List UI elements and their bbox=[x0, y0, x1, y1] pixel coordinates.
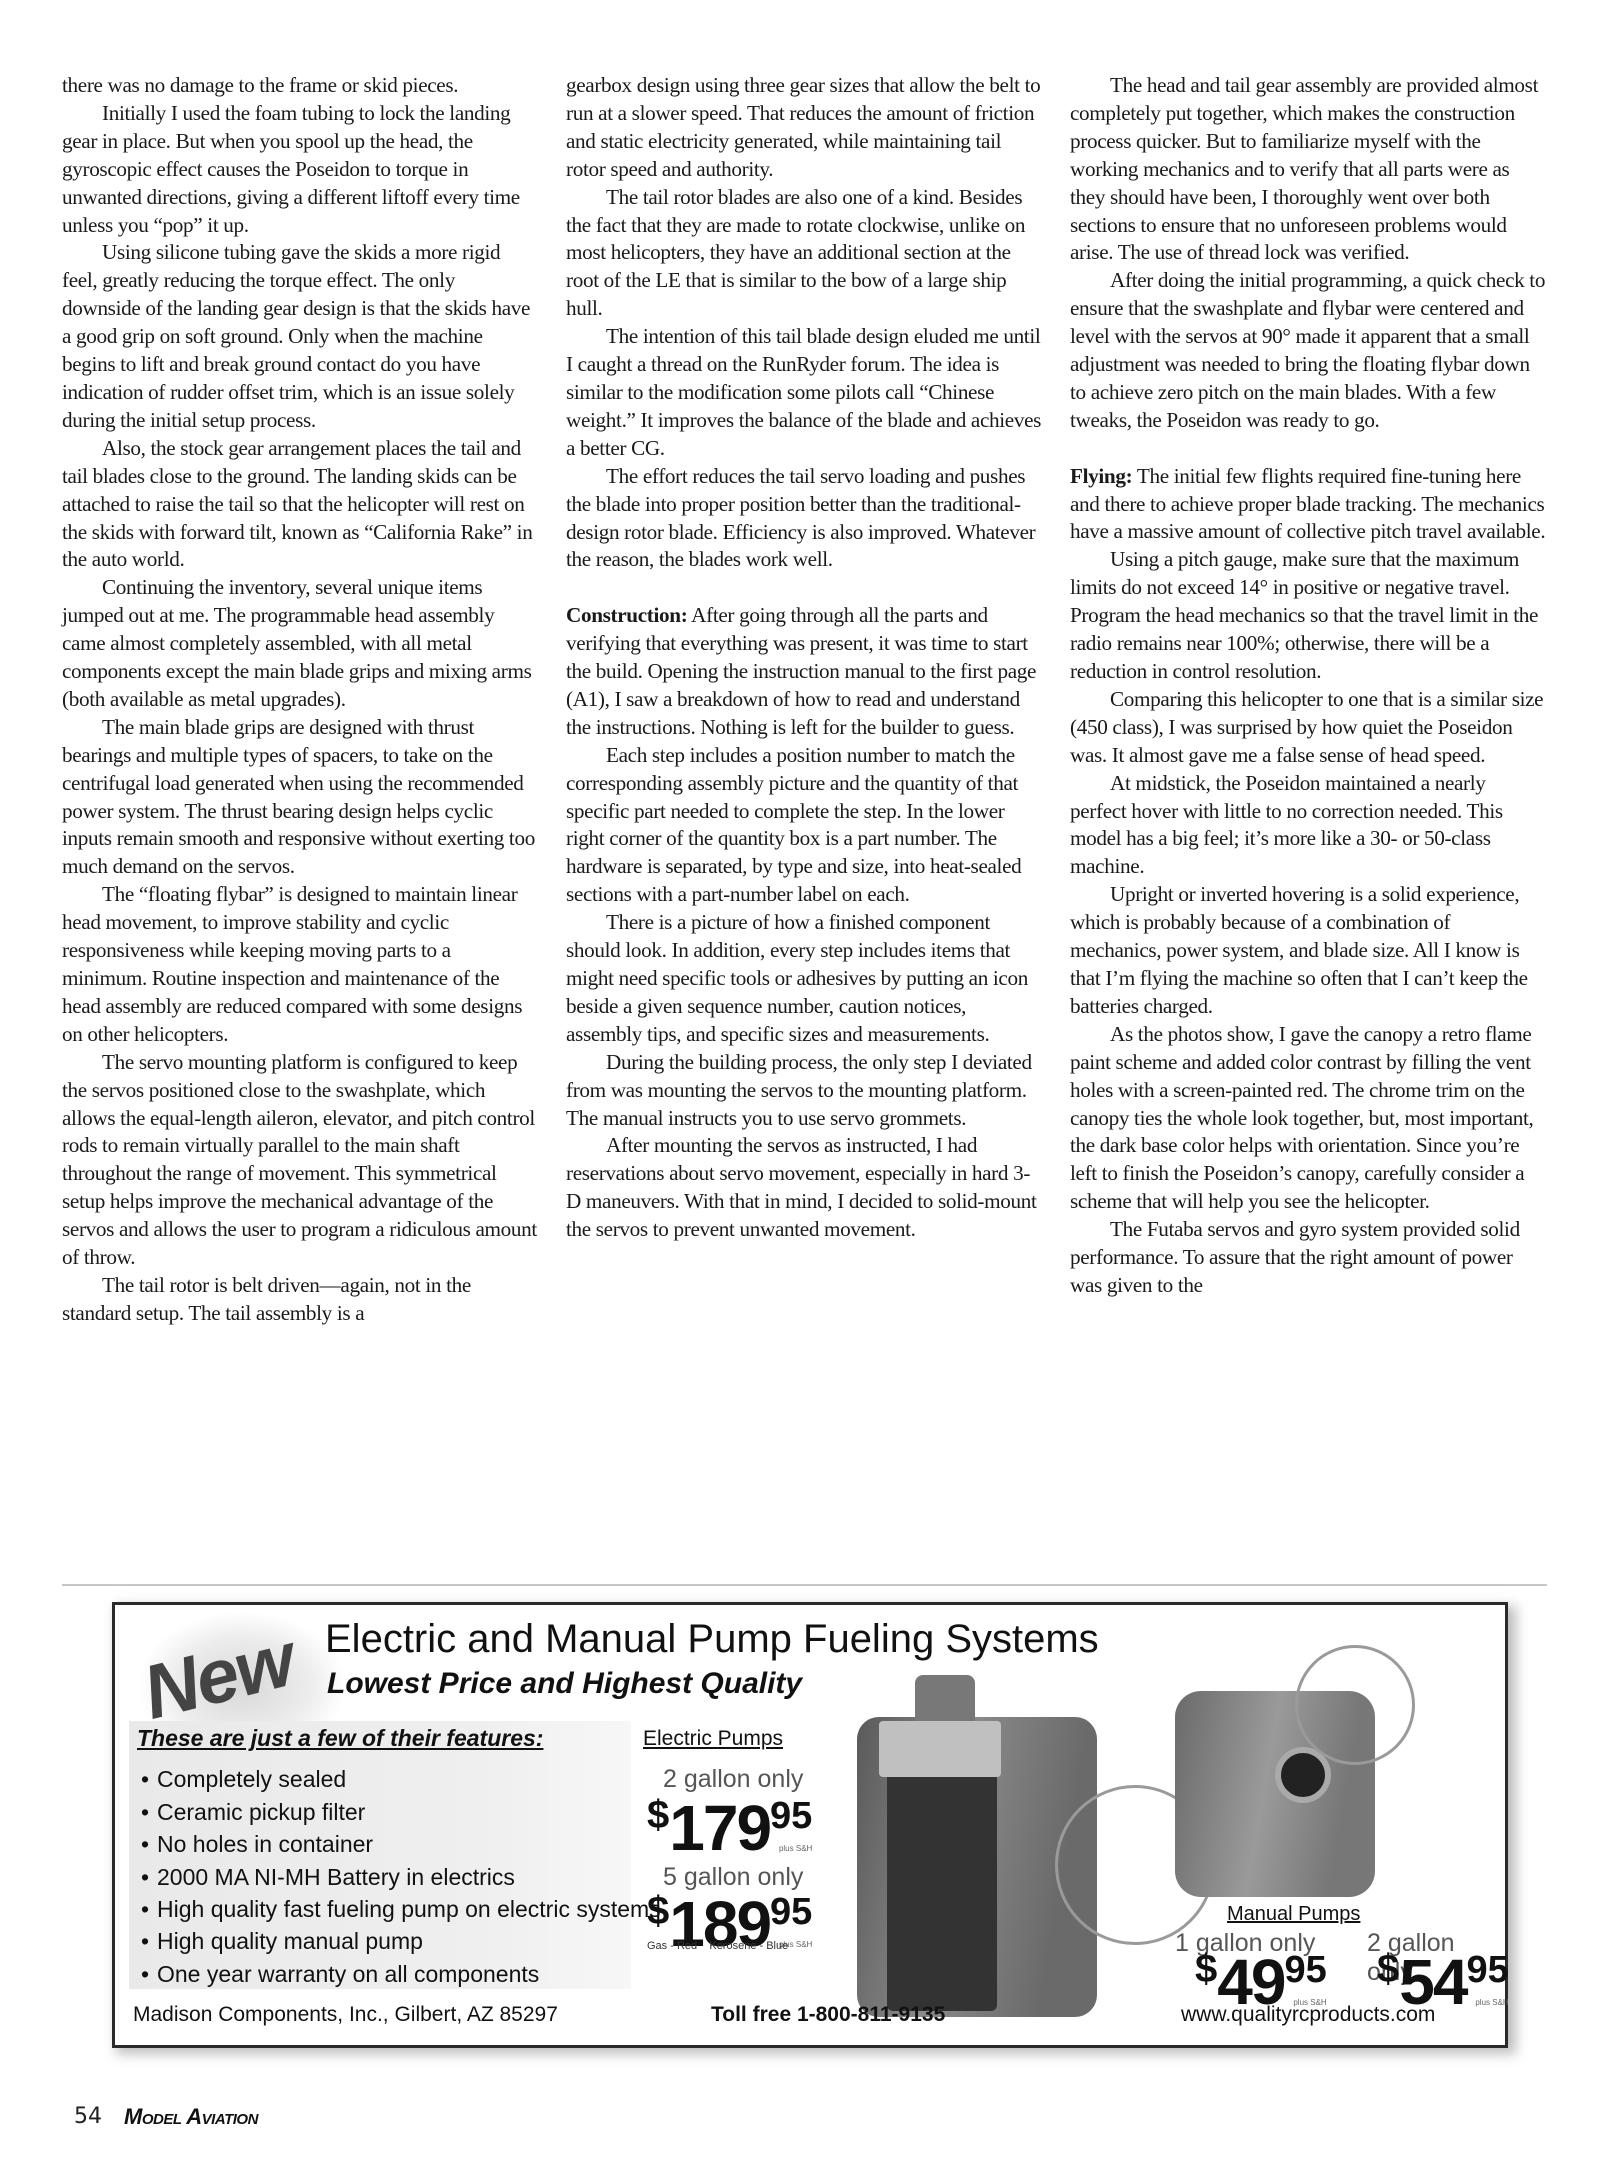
price-dollar: $ bbox=[1195, 1947, 1217, 1991]
manual-pumps-heading: Manual Pumps bbox=[1227, 1903, 1360, 1926]
feature-item: One year warranty on all components bbox=[141, 1958, 661, 1991]
paragraph: The Futaba servos and gyro system provid… bbox=[1070, 1216, 1546, 1300]
ad-title: Electric and Manual Pump Fueling Systems bbox=[325, 1617, 1099, 1662]
feature-item: Ceramic pickup filter bbox=[141, 1796, 661, 1829]
column-1: there was no damage to the frame or skid… bbox=[62, 72, 538, 1572]
paragraph: Initially I used the foam tubing to lock… bbox=[62, 100, 538, 240]
paragraph: Flying: The initial few flights required… bbox=[1070, 463, 1546, 547]
features-heading: These are just a few of their features: bbox=[137, 1725, 543, 1752]
paragraph: Comparing this helicopter to one that is… bbox=[1070, 686, 1546, 770]
paragraph: Also, the stock gear arrangement places … bbox=[62, 435, 538, 575]
magazine-title: Model Aviation bbox=[124, 2104, 258, 2130]
column-2: gearbox design using three gear sizes th… bbox=[566, 72, 1042, 1572]
paragraph: The intention of this tail blade design … bbox=[566, 323, 1042, 463]
section-heading: Construction: bbox=[566, 603, 687, 627]
paragraph: Each step includes a position number to … bbox=[566, 742, 1042, 909]
price: $17995 plus S&H bbox=[647, 1791, 812, 1865]
feature-item: High quality fast fueling pump on electr… bbox=[141, 1893, 661, 1925]
paragraph: The servo mounting platform is configure… bbox=[62, 1049, 538, 1272]
pump-spout bbox=[915, 1675, 975, 1721]
column-3: The head and tail gear assembly are prov… bbox=[1070, 72, 1546, 1572]
divider-rule bbox=[62, 1584, 1547, 1586]
advertisement[interactable]: New Electric and Manual Pump Fueling Sys… bbox=[112, 1602, 1508, 2048]
price-cents: 95 bbox=[770, 1795, 812, 1837]
electric-pumps-heading: Electric Pumps bbox=[643, 1727, 783, 1751]
shipping-note: plus S&H bbox=[1475, 1998, 1508, 2007]
ad-subtitle: Lowest Price and Highest Quality bbox=[327, 1667, 802, 1701]
website-link[interactable]: www.qualityrcproducts.com bbox=[1181, 2003, 1435, 2027]
price-dollar: $ bbox=[647, 1889, 669, 1933]
feature-item: High quality manual pump bbox=[141, 1925, 661, 1958]
size-label: 2 gallon only bbox=[663, 1765, 803, 1794]
page-number: 54 bbox=[74, 2104, 102, 2129]
pump-cap bbox=[879, 1721, 1001, 1777]
paragraph: After mounting the servos as instructed,… bbox=[566, 1132, 1042, 1244]
paragraph: After doing the initial programming, a q… bbox=[1070, 267, 1546, 434]
paragraph: There is a picture of how a finished com… bbox=[566, 909, 1042, 1049]
paragraph: Continuing the inventory, several unique… bbox=[62, 574, 538, 714]
price-cents: 95 bbox=[770, 1891, 812, 1933]
paragraph: there was no damage to the frame or skid… bbox=[62, 72, 538, 100]
paragraph: The main blade grips are designed with t… bbox=[62, 714, 538, 881]
feature-item: No holes in container bbox=[141, 1828, 661, 1861]
pump-hose bbox=[1295, 1645, 1415, 1765]
paragraph: Construction: After going through all th… bbox=[566, 602, 1042, 742]
price-cents: 95 bbox=[1284, 1949, 1326, 1991]
paragraph: At midstick, the Poseidon maintained a n… bbox=[1070, 770, 1546, 882]
paragraph: The tail rotor blades are also one of a … bbox=[566, 184, 1042, 324]
paragraph: The “floating flybar” is designed to mai… bbox=[62, 881, 538, 1048]
paragraph: The tail rotor is belt driven—again, not… bbox=[62, 1272, 538, 1328]
article-body: there was no damage to the frame or skid… bbox=[62, 72, 1547, 1572]
features-list: Completely sealed Ceramic pickup filter … bbox=[141, 1763, 661, 1990]
paragraph: Using silicone tubing gave the skids a m… bbox=[62, 239, 538, 434]
price-cents: 95 bbox=[1466, 1949, 1508, 1991]
price-whole: 179 bbox=[669, 1792, 770, 1864]
price-dollar: $ bbox=[1377, 1947, 1399, 1991]
toll-free-number: Toll free 1-800-811-9135 bbox=[711, 2003, 945, 2027]
feature-item: Completely sealed bbox=[141, 1763, 661, 1796]
paragraph: As the photos show, I gave the canopy a … bbox=[1070, 1021, 1546, 1216]
feature-item: 2000 MA NI-MH Battery in electrics bbox=[141, 1861, 661, 1894]
shipping-note: plus S&H bbox=[779, 1844, 812, 1853]
pump-module bbox=[887, 1761, 997, 2011]
fuel-color-note: Gas - Red Kerosene - Blue bbox=[647, 1940, 788, 1952]
paragraph: The head and tail gear assembly are prov… bbox=[1070, 72, 1546, 267]
paragraph: During the building process, the only st… bbox=[566, 1049, 1042, 1133]
price-dollar: $ bbox=[647, 1793, 669, 1837]
paragraph: Upright or inverted hovering is a solid … bbox=[1070, 881, 1546, 1021]
paragraph: The effort reduces the tail servo loadin… bbox=[566, 463, 1042, 575]
company-address: Madison Components, Inc., Gilbert, AZ 85… bbox=[133, 2003, 558, 2027]
paragraph: gearbox design using three gear sizes th… bbox=[566, 72, 1042, 184]
section-heading: Flying: bbox=[1070, 464, 1132, 488]
paragraph: Using a pitch gauge, make sure that the … bbox=[1070, 546, 1546, 686]
